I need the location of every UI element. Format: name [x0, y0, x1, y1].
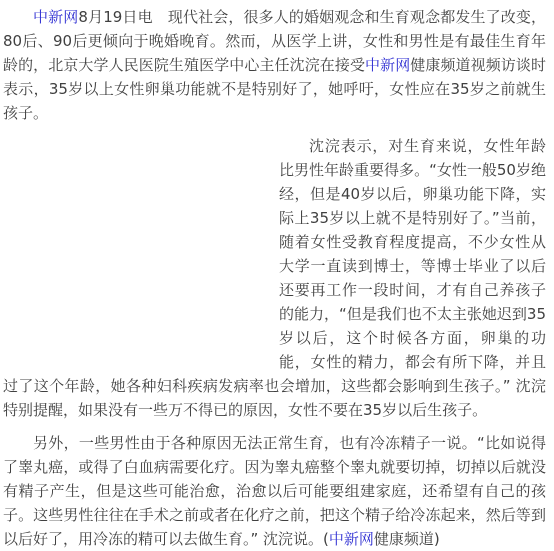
article-page: 中新网8月19日电 现代社会，很多人的婚姻观念和生育观念都发生了改变，80后、9…	[0, 0, 554, 551]
chinanews-source-link[interactable]: 中新网	[33, 8, 78, 26]
paragraph-expert-quote: 沈浣表示，对生育来说，女性年龄比男性年龄重要得多。“女性一般50岁绝经，但是40…	[3, 134, 546, 422]
article-image-placeholder	[3, 134, 279, 372]
chinanews-health-channel-link[interactable]: 中新网	[365, 56, 410, 74]
article-body: 中新网8月19日电 现代社会，很多人的婚姻观念和生育观念都发生了改变，80后、9…	[3, 5, 546, 551]
paragraph-male-fertility: 另外，一些男性由于各种原因无法正常生育，也有冷冻精子一说。“比如说得了睾丸癌，或…	[3, 431, 546, 551]
paragraph-intro: 中新网8月19日电 现代社会，很多人的婚姻观念和生育观念都发生了改变，80后、9…	[3, 5, 546, 125]
paragraph-male-fertility-text-2: 健康频道)	[374, 530, 440, 548]
paragraph-male-fertility-text-1: 另外，一些男性由于各种原因无法正常生育，也有冷冻精子一说。“比如说得了睾丸癌，或…	[3, 434, 546, 548]
chinanews-footer-link[interactable]: 中新网	[329, 530, 374, 548]
